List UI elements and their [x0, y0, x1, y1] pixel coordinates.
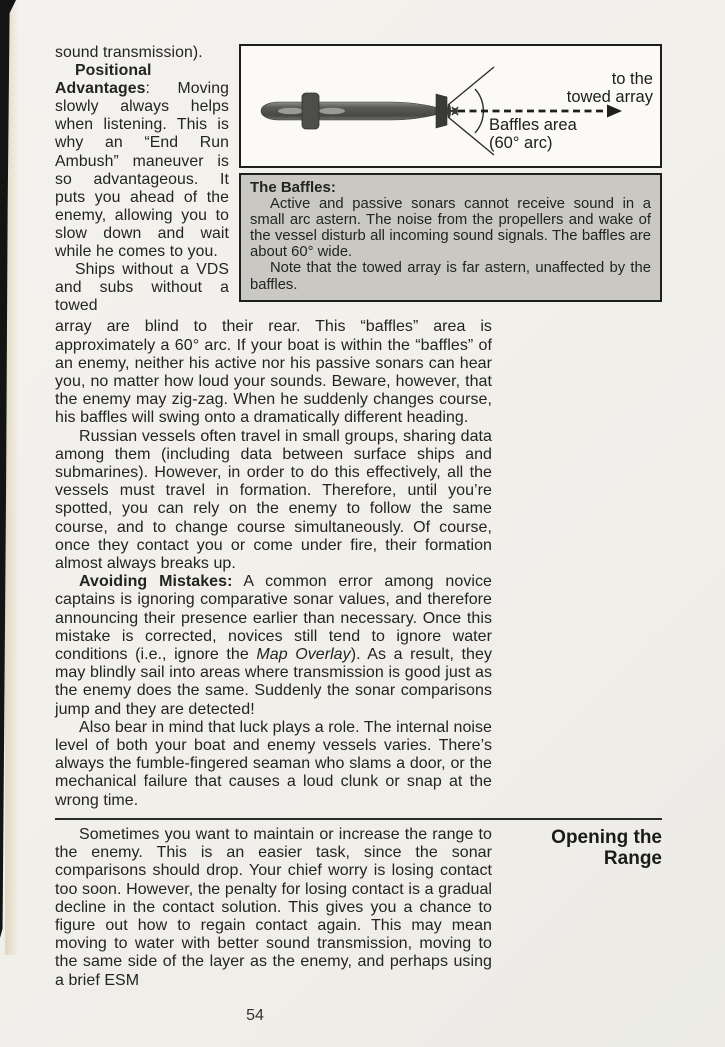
bottom-text-column: Sometimes you want to maintain or increa…	[55, 826, 492, 990]
paragraph-text: : Moving slowly always helps when listen…	[55, 80, 229, 260]
paragraph: Note that the towed array is far astern,…	[250, 260, 651, 292]
scanned-manual-page: sound transmission). Positional Advantag…	[0, 0, 725, 1047]
bottom-section: Sometimes you want to maintain or increa…	[55, 826, 662, 990]
figure-label-towed-array: to the towed array	[567, 71, 653, 106]
baffles-callout-box: The Baffles: Active and passive sonars c…	[239, 173, 662, 302]
paragraph: Positional Advantages: Moving slowly alw…	[55, 62, 229, 261]
section-divider	[55, 818, 662, 820]
italic-term: Map Overlay	[256, 646, 350, 663]
paragraph: Active and passive sonars cannot receive…	[250, 196, 651, 260]
paragraph: array are blind to their rear. This “baf…	[55, 318, 492, 427]
submarine-illustration	[241, 46, 660, 166]
paragraph: Sometimes you want to maintain or increa…	[55, 826, 492, 990]
paragraph: Ships without a VDS and subs without a t…	[55, 261, 229, 315]
left-text-column: sound transmission). Positional Advantag…	[55, 44, 229, 315]
page-number: 54	[55, 1007, 455, 1025]
paragraph: sound transmission).	[55, 44, 229, 62]
figure-area: to the towed array Baffles area (60° arc…	[239, 44, 662, 315]
run-in-heading: Positional Advantages	[55, 62, 151, 97]
baffles-diagram: to the towed array Baffles area (60° arc…	[239, 44, 662, 168]
section-heading-opening-the-range: Opening the Range	[492, 827, 662, 870]
main-text-column: array are blind to their rear. This “baf…	[55, 318, 492, 809]
callout-title: The Baffles:	[250, 180, 651, 196]
page-content: sound transmission). Positional Advantag…	[55, 44, 662, 1025]
paragraph: Also bear in mind that luck plays a role…	[55, 719, 492, 810]
top-section: sound transmission). Positional Advantag…	[55, 44, 662, 315]
paragraph: Russian vessels often travel in small gr…	[55, 428, 492, 574]
figure-label-baffles-area: Baffles area (60° arc)	[489, 117, 577, 152]
paragraph: Avoiding Mistakes: A common error among …	[55, 573, 492, 719]
run-in-heading: Avoiding Mistakes:	[79, 573, 232, 590]
margin-sidebar: Opening the Range	[492, 826, 662, 990]
